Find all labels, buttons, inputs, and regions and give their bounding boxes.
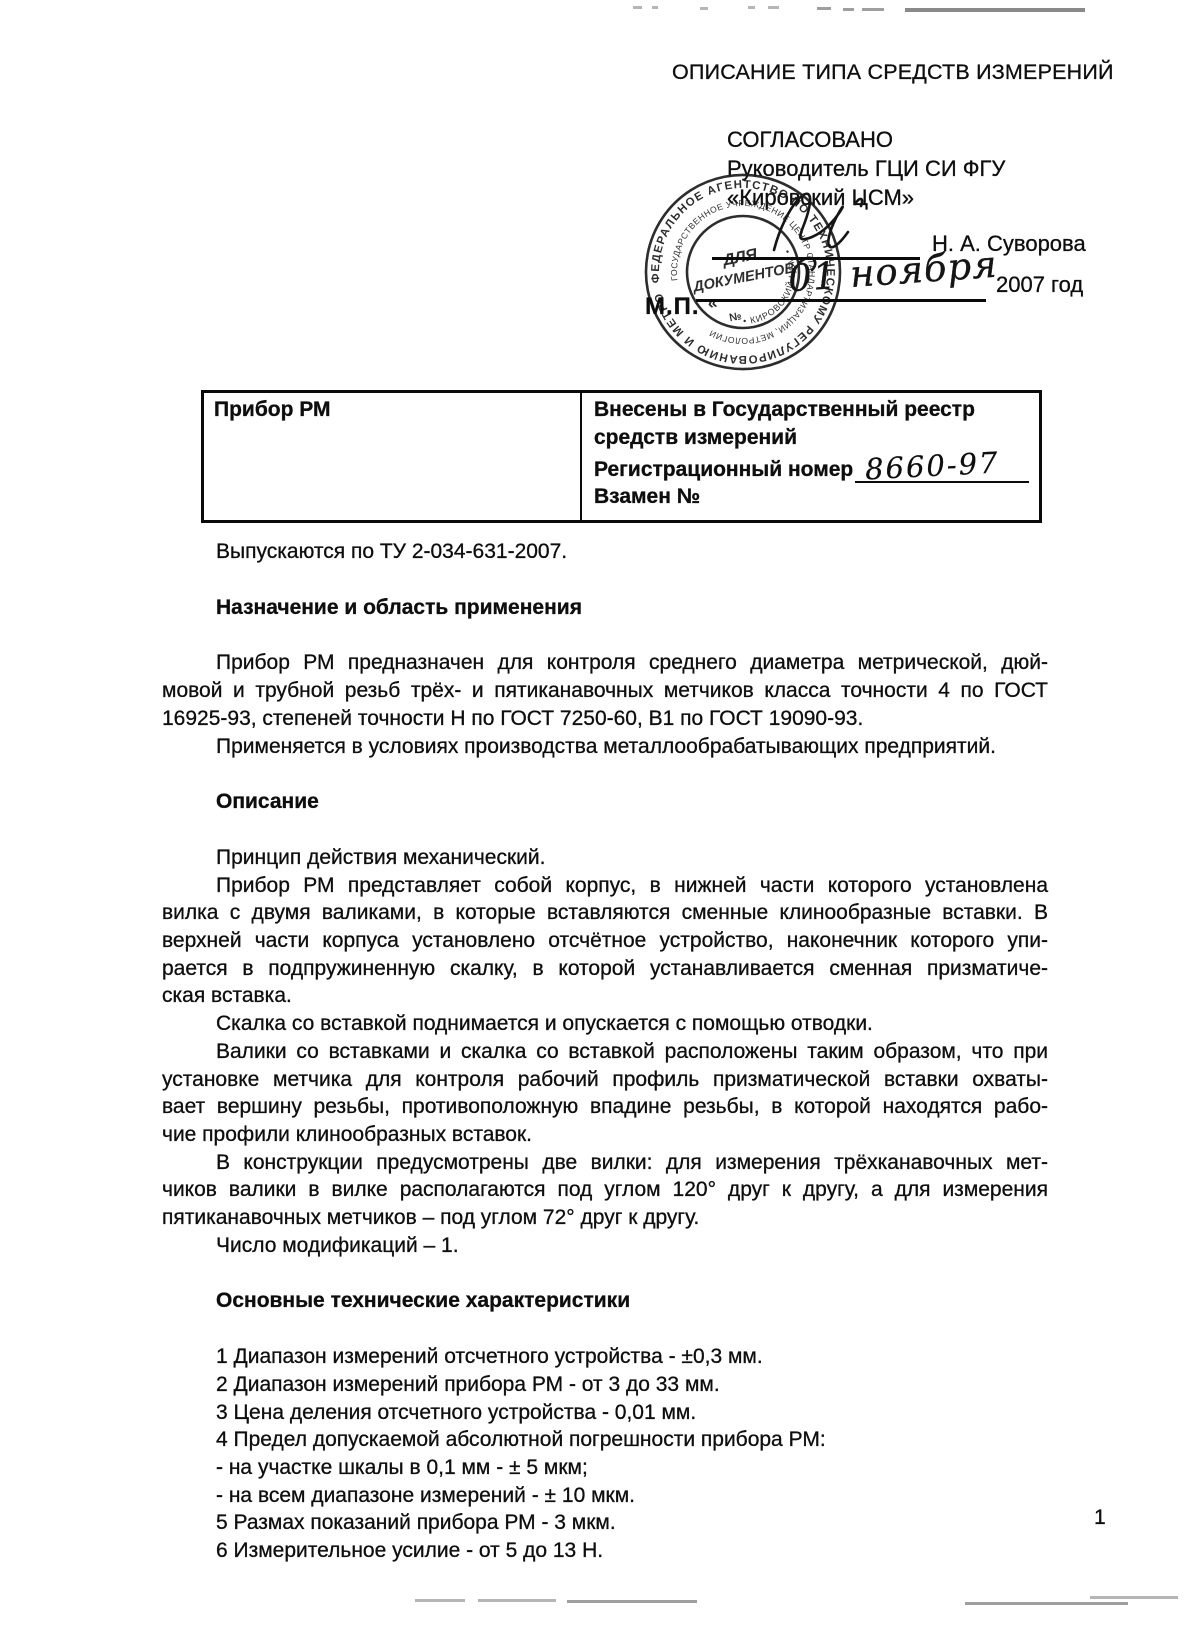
scan-artifact xyxy=(817,7,831,10)
paragraph: Прибор РМ предназначен для контроля сред… xyxy=(162,649,1048,732)
specs-list: 1 Диапазон измерений отсчетного устройст… xyxy=(162,1343,1048,1565)
scan-artifact xyxy=(633,6,642,9)
paragraph: Прибор РМ представляет собой корпус, в н… xyxy=(162,872,1048,1011)
stamp-number-sign: № xyxy=(728,310,742,324)
device-name: Прибор РМ xyxy=(214,398,331,421)
document-header-title: ОПИСАНИЕ ТИПА СРЕДСТВ ИЗМЕРЕНИЙ xyxy=(672,60,1114,85)
paragraph: В конструкции предусмотрены две вилки: д… xyxy=(162,1149,1048,1232)
paragraph: Валики со вставками и скалка со вставкой… xyxy=(162,1038,1048,1149)
paragraph: Число модификаций – 1. xyxy=(162,1232,1048,1260)
paragraph: Принцип действия механический. xyxy=(162,844,1048,872)
stamp-quote-mark: « xyxy=(706,293,719,313)
scan-artifact xyxy=(415,1599,465,1602)
text-line: 3 Цена деления отсчетного устройства - 0… xyxy=(162,1399,1048,1427)
text-line: 1 Диапазон измерений отсчетного устройст… xyxy=(162,1343,1048,1371)
scan-artifact xyxy=(905,8,1085,12)
scan-artifact xyxy=(965,1602,1128,1605)
text-line: Выпускаются по ТУ 2-034-631-2007. xyxy=(162,538,1048,566)
text-line: Применяется в условиях производства мета… xyxy=(162,733,1048,761)
scan-artifact xyxy=(843,8,854,11)
scanned-document-page: ОПИСАНИЕ ТИПА СРЕДСТВ ИЗМЕРЕНИЙ СОГЛАСОВ… xyxy=(0,0,1184,1651)
scan-artifact xyxy=(862,8,884,11)
year-label: 2007 год xyxy=(996,272,1083,298)
paragraph: Скалка со вставкой поднимается и опускае… xyxy=(162,1010,1048,1038)
text-line: рается в подпружиненную скалку, в которо… xyxy=(162,955,1048,983)
text-line: чиков валики в вилке располагаются под у… xyxy=(162,1176,1048,1204)
text-line: 16925-93, степеней точности Н по ГОСТ 72… xyxy=(162,705,1048,733)
scan-artifact xyxy=(652,6,658,9)
scan-artifact xyxy=(478,1599,556,1602)
section-heading-purpose: Назначение и область применения xyxy=(162,594,1048,622)
section-heading-description: Описание xyxy=(162,788,1048,816)
text-line: ская вставка. xyxy=(162,982,1048,1010)
date-line xyxy=(696,299,986,302)
paragraph: Применяется в условиях производства мета… xyxy=(162,733,1048,761)
text-line: Прибор РМ предназначен для контроля сред… xyxy=(162,649,1048,677)
text-line: В конструкции предусмотрены две вилки: д… xyxy=(162,1149,1048,1177)
registration-number-label: Регистрационный номер xyxy=(594,456,853,484)
text-line: Прибор РМ представляет собой корпус, в н… xyxy=(162,872,1048,900)
text-line: мовой и трубной резьб трёх- и пятиканаво… xyxy=(162,677,1048,705)
text-line: 6 Измерительное усилие - от 5 до 13 Н. xyxy=(162,1537,1048,1565)
seal-place-mark: М.П. xyxy=(645,293,700,321)
device-name-cell: Прибор РМ xyxy=(204,393,582,520)
text-line: чие профили клинообразных вставок. xyxy=(162,1121,1048,1149)
registration-number-underline: 8660-97 xyxy=(855,451,1029,483)
text-line: Число модификаций – 1. xyxy=(162,1232,1048,1260)
registry-info-cell: Внесены в Государственный реестр средств… xyxy=(582,393,1039,520)
text-line: вает вершину резьбы, противоположную впа… xyxy=(162,1093,1048,1121)
section-heading-specs: Основные технические характеристики xyxy=(162,1287,1048,1315)
approved-label: СОГЛАСОВАНО xyxy=(727,125,1005,154)
replaces-label: Взамен № xyxy=(594,483,1029,511)
scan-artifact xyxy=(748,6,755,9)
text-line: вилка с двумя валиками, в которые вставл… xyxy=(162,899,1048,927)
scan-artifact xyxy=(768,6,779,9)
issued-line: Выпускаются по ТУ 2-034-631-2007. xyxy=(162,538,1048,566)
text-line: пятиканавочных метчиков – под углом 72° … xyxy=(162,1204,1048,1232)
registry-entry-line1: Внесены в Государственный реестр xyxy=(594,396,1029,424)
text-line: Принцип действия механический. xyxy=(162,844,1048,872)
text-line: Валики со вставками и скалка со вставкой… xyxy=(162,1038,1048,1066)
text-line: верхней части корпуса установлено отсчёт… xyxy=(162,927,1048,955)
registry-table: Прибор РМ Внесены в Государственный реес… xyxy=(201,390,1042,523)
text-line: Скалка со вставкой поднимается и опускае… xyxy=(162,1010,1048,1038)
registration-number-row: Регистрационный номер 8660-97 xyxy=(594,451,1029,483)
text-line: - на участке шкалы в 0,1 мм - ± 5 мкм; xyxy=(162,1454,1048,1482)
text-line: 5 Размах показаний прибора РМ - 3 мкм. xyxy=(162,1509,1048,1537)
text-line: - на всем диапазоне измерений - ± 10 мкм… xyxy=(162,1482,1048,1510)
registration-number-value: 8660-97 xyxy=(865,448,1001,485)
text-line: 4 Предел допускаемой абсолютной погрешно… xyxy=(162,1426,1048,1454)
text-line: установке метчика для контроля рабочий п… xyxy=(162,1066,1048,1094)
scan-artifact xyxy=(700,7,708,10)
page-number: 1 xyxy=(1094,1506,1106,1530)
document-body: Выпускаются по ТУ 2-034-631-2007. Назнач… xyxy=(162,538,1048,1565)
scan-artifact xyxy=(567,1600,697,1603)
scan-artifact xyxy=(1090,1596,1178,1599)
text-line: 2 Диапазон измерений прибора РМ - от 3 д… xyxy=(162,1371,1048,1399)
